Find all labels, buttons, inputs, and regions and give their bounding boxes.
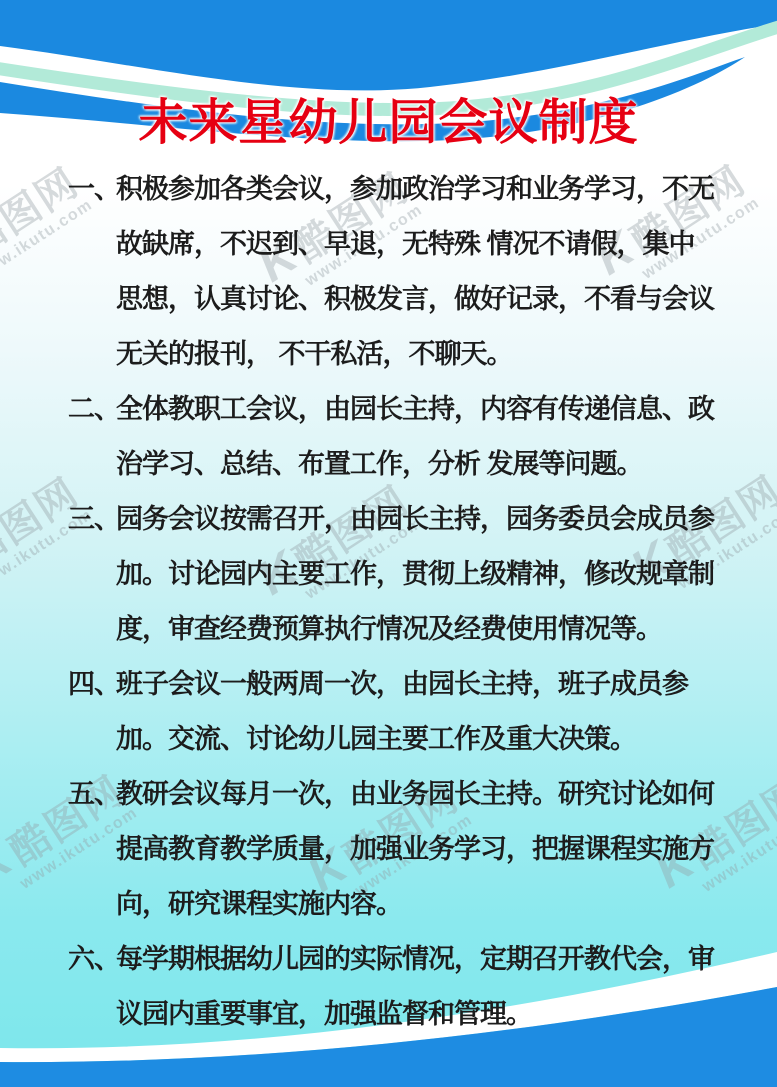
rule-item-1: 一、 积极参加各类会议，参加政治学习和业务学习，不无故缺席，不迟到、早退，无特殊…: [68, 162, 715, 382]
rule-item-5: 五、 教研会议每月一次，由业务园长主持。研究讨论如何提高教育教学质量，加强业务学…: [68, 767, 715, 932]
rule-text: 园务会议按需召开，由园长主持，园务委员会成员参加。讨论园内主要工作，贯彻上级精神…: [116, 492, 715, 657]
rule-text: 每学期根据幼儿园的实际情况，定期召开教代会，审议园内重要事宜，加强监督和管理。: [116, 932, 715, 1042]
rule-item-6: 六、 每学期根据幼儿园的实际情况，定期召开教代会，审议园内重要事宜，加强监督和管…: [68, 932, 715, 1042]
rule-number: 三、: [68, 492, 116, 657]
rule-number: 五、: [68, 767, 116, 932]
rule-text: 班子会议一般两周一次，由园长主持，班子成员参加。交流、讨论幼儿园主要工作及重大决…: [116, 657, 715, 767]
rule-text: 教研会议每月一次，由业务园长主持。研究讨论如何提高教育教学质量，加强业务学习，把…: [116, 767, 715, 932]
rule-number: 一、: [68, 162, 116, 382]
rule-number: 四、: [68, 657, 116, 767]
page-title: 未来星幼儿园会议制度: [0, 84, 777, 154]
rule-number: 六、: [68, 932, 116, 1042]
rule-text: 积极参加各类会议，参加政治学习和业务学习，不无故缺席，不迟到、早退，无特殊 情况…: [116, 162, 715, 382]
rule-item-2: 二、 全体教职工会议，由园长主持，内容有传递信息、政治学习、总结、布置工作，分析…: [68, 382, 715, 492]
rules-list: 一、 积极参加各类会议，参加政治学习和业务学习，不无故缺席，不迟到、早退，无特殊…: [68, 162, 715, 1042]
rule-number: 二、: [68, 382, 116, 492]
rule-text: 全体教职工会议，由园长主持，内容有传递信息、政治学习、总结、布置工作，分析 发展…: [116, 382, 715, 492]
rule-item-4: 四、 班子会议一般两周一次，由园长主持，班子成员参加。交流、讨论幼儿园主要工作及…: [68, 657, 715, 767]
rule-item-3: 三、 园务会议按需召开，由园长主持，园务委员会成员参加。讨论园内主要工作，贯彻上…: [68, 492, 715, 657]
